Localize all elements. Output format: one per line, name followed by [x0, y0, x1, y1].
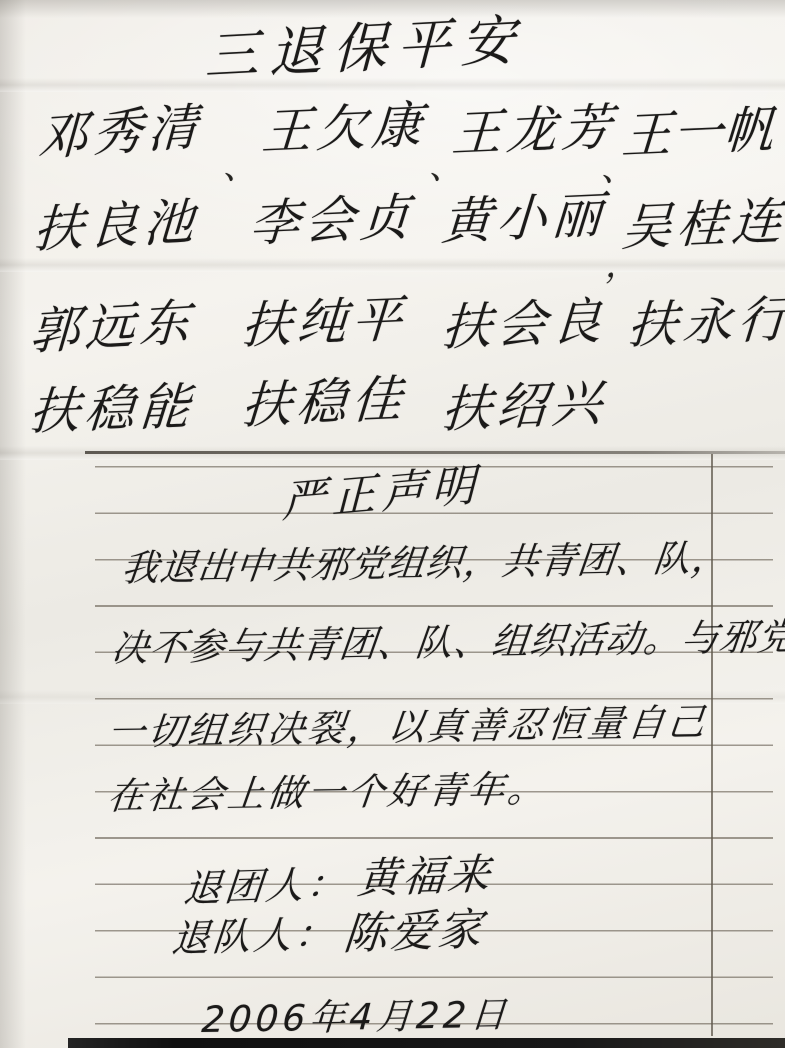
scan-bottom-edge-bar: [68, 1038, 785, 1048]
name: 郭远东: [28, 282, 196, 364]
statement-line: 一切组织决裂，以真善忍恒量自己: [105, 691, 711, 756]
signature-label-pioneers: 退队人：: [170, 902, 339, 963]
name: 王一帆: [620, 89, 777, 168]
statement-title: 严正声明: [281, 448, 481, 530]
statement-line: 我退出中共邪党组织，共青团、队，: [119, 527, 733, 592]
name: 扶稳能: [27, 366, 197, 444]
note-title: 三退保平安: [204, 0, 525, 91]
name: 邓秀清: [37, 86, 204, 170]
statement-line: 决不参与共青团、队、组织活动。与邪党: [109, 606, 785, 672]
name: 黄小丽: [440, 175, 609, 254]
name: 王欠康: [260, 85, 429, 164]
statement-date: 2006年4月22日: [200, 987, 512, 1043]
name: 王龙芳: [450, 87, 619, 166]
name: 李会贞: [248, 177, 417, 256]
name: 扶良池: [32, 181, 201, 262]
name: 扶纯平: [240, 279, 409, 358]
scan-shadow-left: [0, 0, 26, 1048]
scanned-page: 三退保平安 邓秀清 、 王欠康 、 王龙芳 、 王一帆 扶良池 李会贞 黄小丽 …: [0, 0, 785, 1048]
signature-name-pioneers: 陈爱家: [341, 893, 488, 962]
statement-line: 在社会上做一个好青年。: [105, 758, 551, 820]
paper-crease: [0, 258, 785, 272]
name: 扶会良: [440, 281, 609, 360]
name: 吴桂连: [620, 181, 785, 260]
name: 扶绍兴: [440, 363, 609, 442]
enumeration-mark: 、: [220, 138, 257, 189]
name: 扶永行: [626, 279, 785, 358]
name: 扶稳佳: [240, 359, 409, 438]
